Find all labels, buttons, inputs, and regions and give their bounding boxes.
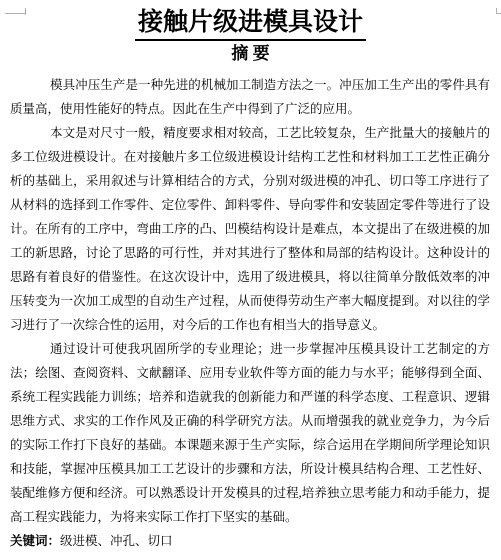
paragraph-2: 本文是对尺寸一般，精度要求相对较高，工艺比较复杂，生产批量大的接触片的多工位级进… [10, 121, 490, 337]
keywords-line: 关键词：级进模、冲孔、切口 [10, 529, 490, 553]
abstract-body: 模具冲压生产是一种先进的机械加工制造方法之一。冲压加工生产出的零件具有质量高，使… [10, 73, 490, 553]
keywords-text: 级进模、冲孔、切口 [60, 534, 173, 548]
paragraph-1: 模具冲压生产是一种先进的机械加工制造方法之一。冲压加工生产出的零件具有质量高，使… [10, 73, 490, 121]
abstract-heading: 摘 要 [0, 43, 501, 65]
keywords-label: 关键词： [10, 534, 60, 548]
margin-boundary-mark-top-left-vertical [25, 8, 26, 15]
document-page: 接触片级进模具设计 摘 要 模具冲压生产是一种先进的机械加工制造方法之一。冲压加… [0, 8, 501, 560]
paragraph-3: 通过设计可使我巩固所学的专业理论；进一步掌握冲压模具设计工艺制定的方法；绘图、查… [10, 337, 490, 529]
document-title-text: 接触片级进模具设计 [135, 8, 366, 41]
margin-boundary-mark-top-left [5, 13, 26, 14]
document-title: 接触片级进模具设计 [0, 8, 501, 41]
margin-boundary-mark-top-right [496, 13, 501, 14]
